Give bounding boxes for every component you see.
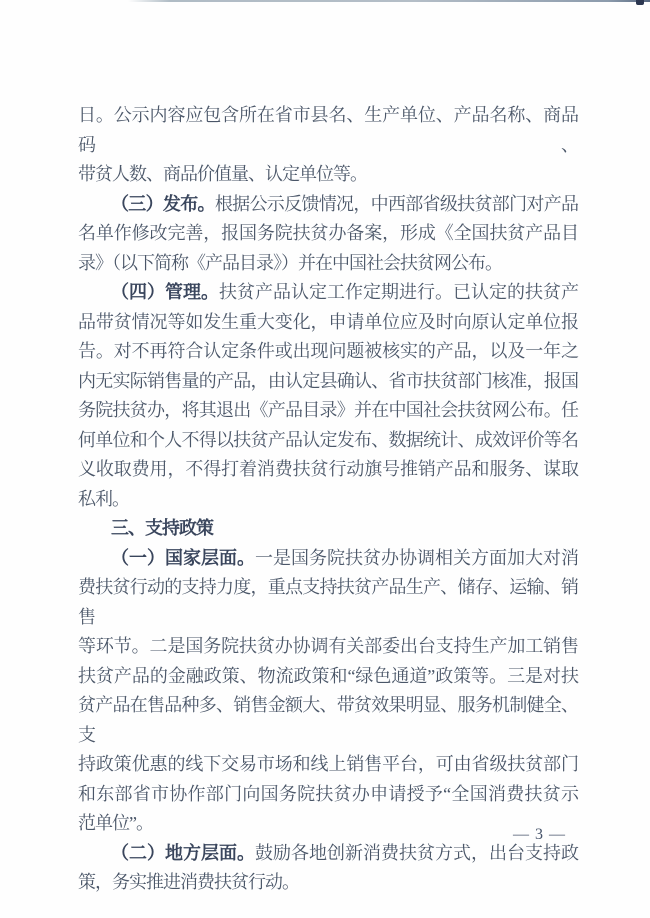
scan-corner-mark: [636, 0, 644, 5]
text-line: 何单位和个人不得以扶贫产品认定发布、数据统计、成效评价等名: [78, 426, 578, 456]
text-line: 策，务实推进消费扶贫行动。: [78, 868, 578, 898]
paragraph-lead: （二）地方层面。: [111, 843, 255, 863]
text-line: 义收取费用，不得打着消费扶贫行动旗号推销产品和服务、谋取: [78, 455, 578, 485]
text-line: 和东部省市协作部门向国务院扶贫办申请授予“全国消费扶贫示: [78, 780, 578, 810]
text-line: 带贫人数、商品价值量、认定单位等。: [78, 160, 578, 190]
text-line: （四）管理。扶贫产品认定工作定期进行。已认定的扶贫产: [78, 278, 578, 308]
text-line: 告。对不再符合认定条件或出现问题被核实的产品，以及一年之: [78, 337, 578, 367]
paragraph-text: 根据公示反馈情况，中西部省级扶贫部门对产品: [215, 194, 578, 214]
paragraph-lead: （一）国家层面。: [111, 548, 255, 568]
page-number: — 3 —: [78, 826, 578, 844]
paragraph-text: 扶贫产品认定工作定期进行。已认定的扶贫产: [219, 282, 578, 302]
text-line: 内无实际销售量的产品，由认定县确认、省市扶贫部门核准，报国: [78, 367, 578, 397]
text-line: 日。公示内容应包含所在省市县名、生产单位、产品名称、商品码、: [78, 101, 578, 160]
paragraph: （三）发布。根据公示反馈情况，中西部省级扶贫部门对产品 名单作修改完善，报国务院…: [78, 190, 578, 279]
text-line: 务院扶贫办，将其退出《产品目录》并在中国社会扶贫网公布。任: [78, 396, 578, 426]
text-line: 录》（以下简称《产品目录》）并在中国社会扶贫网公布。: [78, 249, 578, 279]
paragraph: 日。公示内容应包含所在省市县名、生产单位、产品名称、商品码、 带贫人数、商品价值…: [78, 101, 578, 190]
text-line: 等环节。二是国务院扶贫办协调有关部委出台支持生产加工销售: [78, 632, 578, 662]
document-body: 日。公示内容应包含所在省市县名、生产单位、产品名称、商品码、 带贫人数、商品价值…: [78, 101, 578, 898]
text-line: 扶贫产品的金融政策、物流政策和“绿色通道”政策等。三是对扶: [78, 662, 578, 692]
paragraph: （一）国家层面。一是国务院扶贫办协调相关方面加大对消 费扶贫行动的支持力度，重点…: [78, 544, 578, 839]
text-line: （一）国家层面。一是国务院扶贫办协调相关方面加大对消: [78, 544, 578, 574]
paragraph-lead: （四）管理。: [111, 282, 219, 302]
text-line: 费扶贫行动的支持力度，重点支持扶贫产品生产、储存、运输、销售: [78, 573, 578, 632]
paragraph-text: 一是国务院扶贫办协调相关方面加大对消: [255, 548, 578, 568]
text-line: 持政策优惠的线下交易市场和线上销售平台，可由省级扶贫部门: [78, 750, 578, 780]
text-line: 品带贫情况等如发生重大变化，申请单位应及时向原认定单位报: [78, 308, 578, 338]
scan-edge-artifact: [128, 0, 650, 2]
paragraph: （二）地方层面。鼓励各地创新消费扶贫方式，出台支持政 策，务实推进消费扶贫行动。: [78, 839, 578, 898]
paragraph-lead: （三）发布。: [111, 194, 215, 214]
text-line: 贫产品在售品种多、销售金额大、带贫效果明显、服务机制健全、支: [78, 691, 578, 750]
scanned-document-page: 日。公示内容应包含所在省市县名、生产单位、产品名称、商品码、 带贫人数、商品价值…: [0, 0, 650, 918]
text-line: 名单作修改完善，报国务院扶贫办备案，形成《全国扶贫产品目: [78, 219, 578, 249]
section-heading: 三、支持政策: [78, 514, 578, 544]
text-line: 私利。: [78, 485, 578, 515]
text-line: （三）发布。根据公示反馈情况，中西部省级扶贫部门对产品: [78, 190, 578, 220]
paragraph-text: 鼓励各地创新消费扶贫方式，出台支持政: [255, 843, 578, 863]
paragraph: （四）管理。扶贫产品认定工作定期进行。已认定的扶贫产 品带贫情况等如发生重大变化…: [78, 278, 578, 514]
